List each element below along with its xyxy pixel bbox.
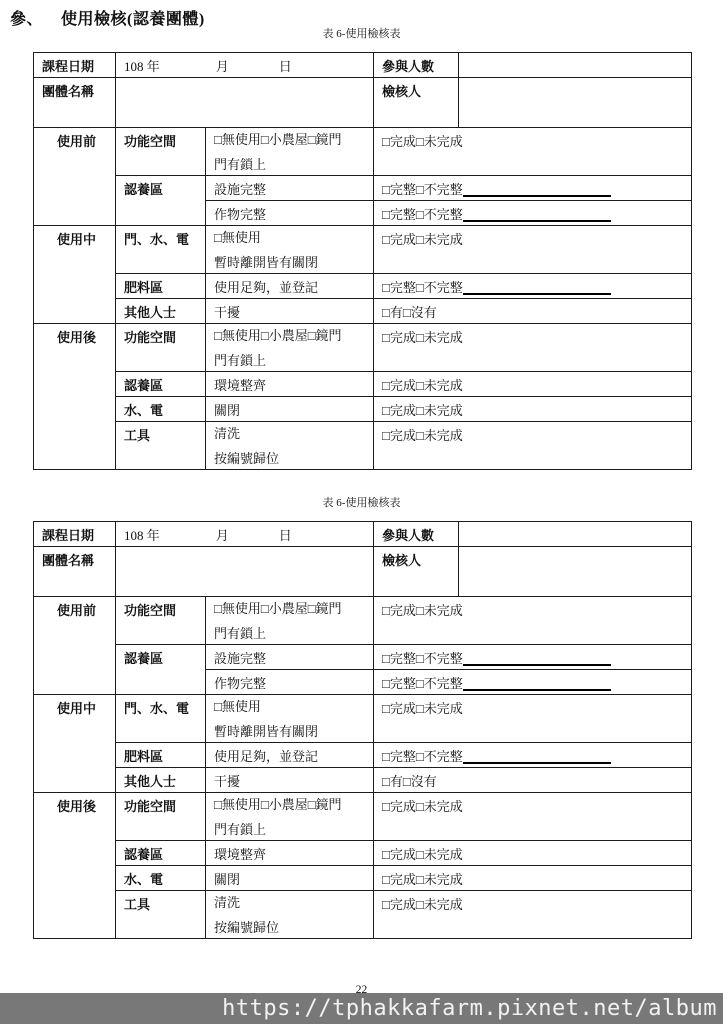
label-participants: 參與人數 xyxy=(374,53,459,78)
status-options: □完整□不完整 xyxy=(382,749,463,764)
group-name-value-cell xyxy=(116,547,374,597)
label-checker: 檢核人 xyxy=(374,78,459,128)
desc-line-1: □無使用□小農屋□鏡門 xyxy=(214,600,369,617)
desc-cell: □無使用□小農屋□鏡門門有鎖上 xyxy=(206,128,374,176)
status-cell: □有□沒有 xyxy=(374,768,692,793)
desc-line-2: 門有鎖上 xyxy=(214,352,369,369)
status-options: □完整□不完整 xyxy=(382,651,463,666)
fill-in-blank-line xyxy=(463,650,611,666)
desc-cell: 設施完整 xyxy=(206,645,374,670)
desc-line-2: 門有鎖上 xyxy=(214,156,369,173)
status-options: □完成□未完成 xyxy=(382,701,463,716)
desc-cell: 使用足夠，並登記 xyxy=(206,743,374,768)
desc-cell: □無使用□小農屋□鏡門門有鎖上 xyxy=(206,793,374,841)
participants-value-cell xyxy=(459,53,692,78)
use-check-table-1: 課程日期 108 年月日 參與人數 團體名稱 檢核人 使用前 功能空間 □無使用… xyxy=(33,52,692,470)
stage-before-use: 使用前 xyxy=(34,597,116,695)
status-options: □完成□未完成 xyxy=(382,897,463,912)
status-options: □有□沒有 xyxy=(382,305,437,320)
status-cell: □完成□未完成 xyxy=(374,695,692,743)
desc-line-1: □無使用□小農屋□鏡門 xyxy=(214,327,369,344)
status-options: □完成□未完成 xyxy=(382,428,463,443)
desc-line-2: 按編號歸位 xyxy=(214,919,369,936)
desc-cell: 使用足夠，並登記 xyxy=(206,274,374,299)
desc-cell: 關閉 xyxy=(206,397,374,422)
desc-line-1: □無使用□小農屋□鏡門 xyxy=(214,131,369,148)
item-cell: 肥料區 xyxy=(116,743,206,768)
status-options: □完成□未完成 xyxy=(382,799,463,814)
item-cell: 工具 xyxy=(116,422,206,470)
item-cell: 功能空間 xyxy=(116,128,206,176)
desc-line-1: □無使用□小農屋□鏡門 xyxy=(214,796,369,813)
item-cell: 其他人士 xyxy=(116,299,206,324)
stage-after-use: 使用後 xyxy=(34,324,116,470)
status-options: □完整□不完整 xyxy=(382,207,463,222)
watermark-url: https://tphakkafarm.pixnet.net/album xyxy=(0,993,717,1024)
status-cell: □完成□未完成 xyxy=(374,397,692,422)
status-options: □完成□未完成 xyxy=(382,134,463,149)
status-cell: □有□沒有 xyxy=(374,299,692,324)
desc-line-1: 清洗 xyxy=(214,894,369,911)
group-name-value-cell xyxy=(116,78,374,128)
item-cell: 認養區 xyxy=(116,645,206,695)
status-cell: □完成□未完成 xyxy=(374,793,692,841)
item-cell: 水、電 xyxy=(116,397,206,422)
date-year: 108 年 xyxy=(124,59,160,74)
desc-cell: 設施完整 xyxy=(206,176,374,201)
status-cell: □完整□不完整 xyxy=(374,176,692,201)
desc-cell: 干擾 xyxy=(206,768,374,793)
desc-cell: 環境整齊 xyxy=(206,372,374,397)
course-date-cell: 108 年月日 xyxy=(116,522,374,547)
checker-value-cell xyxy=(459,547,692,597)
item-cell: 功能空間 xyxy=(116,597,206,645)
course-date-cell: 108 年月日 xyxy=(116,53,374,78)
status-options: □完整□不完整 xyxy=(382,280,463,295)
status-options: □有□沒有 xyxy=(382,774,437,789)
date-year: 108 年 xyxy=(124,528,160,543)
fill-in-blank-line xyxy=(463,675,611,691)
label-course-date: 課程日期 xyxy=(34,53,116,78)
desc-line-2: 暫時離開皆有關閉 xyxy=(214,254,369,271)
status-cell: □完成□未完成 xyxy=(374,226,692,274)
use-check-table-2: 課程日期 108 年月日 參與人數 團體名稱 檢核人 使用前 功能空間 □無使用… xyxy=(33,521,692,939)
desc-cell: 作物完整 xyxy=(206,201,374,226)
label-group-name: 團體名稱 xyxy=(34,547,116,597)
status-cell: □完成□未完成 xyxy=(374,422,692,470)
date-month: 月 xyxy=(216,528,229,543)
status-cell: □完整□不完整 xyxy=(374,201,692,226)
stage-before-use: 使用前 xyxy=(34,128,116,226)
desc-line-1: 清洗 xyxy=(214,425,369,442)
fill-in-blank-line xyxy=(463,279,611,295)
status-cell: □完成□未完成 xyxy=(374,597,692,645)
participants-value-cell xyxy=(459,522,692,547)
item-cell: 肥料區 xyxy=(116,274,206,299)
item-cell: 功能空間 xyxy=(116,324,206,372)
desc-cell: □無使用暫時離開皆有關閉 xyxy=(206,695,374,743)
fill-in-blank-line xyxy=(463,748,611,764)
desc-line-1: □無使用 xyxy=(214,698,369,715)
desc-line-2: 門有鎖上 xyxy=(214,625,369,642)
desc-cell: 作物完整 xyxy=(206,670,374,695)
status-options: □完成□未完成 xyxy=(382,847,463,862)
status-options: □完整□不完整 xyxy=(382,676,463,691)
item-cell: 認養區 xyxy=(116,176,206,226)
fill-in-blank-line xyxy=(463,181,611,197)
desc-line-1: □無使用 xyxy=(214,229,369,246)
desc-cell: 關閉 xyxy=(206,866,374,891)
item-cell: 水、電 xyxy=(116,866,206,891)
item-cell: 其他人士 xyxy=(116,768,206,793)
watermark-bar: https://tphakkafarm.pixnet.net/album xyxy=(0,993,723,1024)
status-cell: □完成□未完成 xyxy=(374,891,692,939)
status-cell: □完整□不完整 xyxy=(374,645,692,670)
status-cell: □完成□未完成 xyxy=(374,324,692,372)
status-options: □完整□不完整 xyxy=(382,182,463,197)
item-cell: 門、水、電 xyxy=(116,695,206,743)
status-cell: □完整□不完整 xyxy=(374,274,692,299)
desc-cell: 清洗按編號歸位 xyxy=(206,422,374,470)
item-cell: 工具 xyxy=(116,891,206,939)
desc-line-2: 門有鎖上 xyxy=(214,821,369,838)
table-caption-1: 表 6-使用檢核表 xyxy=(0,25,723,41)
date-day: 日 xyxy=(279,528,292,543)
stage-after-use: 使用後 xyxy=(34,793,116,939)
status-options: □完成□未完成 xyxy=(382,872,463,887)
fill-in-blank-line xyxy=(463,206,611,222)
status-cell: □完成□未完成 xyxy=(374,372,692,397)
status-cell: □完整□不完整 xyxy=(374,743,692,768)
label-participants: 參與人數 xyxy=(374,522,459,547)
label-course-date: 課程日期 xyxy=(34,522,116,547)
status-cell: □完成□未完成 xyxy=(374,866,692,891)
page-number: 22 xyxy=(0,984,723,996)
desc-cell: 環境整齊 xyxy=(206,841,374,866)
item-cell: 門、水、電 xyxy=(116,226,206,274)
item-cell: 認養區 xyxy=(116,841,206,866)
status-options: □完成□未完成 xyxy=(382,232,463,247)
status-cell: □完成□未完成 xyxy=(374,841,692,866)
status-options: □完成□未完成 xyxy=(382,330,463,345)
desc-line-2: 暫時離開皆有關閉 xyxy=(214,723,369,740)
stage-during-use: 使用中 xyxy=(34,695,116,793)
checker-value-cell xyxy=(459,78,692,128)
status-options: □完成□未完成 xyxy=(382,603,463,618)
status-cell: □完整□不完整 xyxy=(374,670,692,695)
item-cell: 認養區 xyxy=(116,372,206,397)
desc-line-2: 按編號歸位 xyxy=(214,450,369,467)
status-cell: □完成□未完成 xyxy=(374,128,692,176)
status-options: □完成□未完成 xyxy=(382,378,463,393)
desc-cell: □無使用□小農屋□鏡門門有鎖上 xyxy=(206,597,374,645)
desc-cell: 干擾 xyxy=(206,299,374,324)
date-day: 日 xyxy=(279,59,292,74)
date-month: 月 xyxy=(216,59,229,74)
label-checker: 檢核人 xyxy=(374,547,459,597)
item-cell: 功能空間 xyxy=(116,793,206,841)
stage-during-use: 使用中 xyxy=(34,226,116,324)
label-group-name: 團體名稱 xyxy=(34,78,116,128)
desc-cell: □無使用暫時離開皆有關閉 xyxy=(206,226,374,274)
document-page: 參、使用檢核(認養團體) 表 6-使用檢核表 課程日期 108 年月日 參與人數… xyxy=(0,0,723,1024)
desc-cell: □無使用□小農屋□鏡門門有鎖上 xyxy=(206,324,374,372)
table-caption-2: 表 6-使用檢核表 xyxy=(0,494,723,510)
status-options: □完成□未完成 xyxy=(382,403,463,418)
desc-cell: 清洗按編號歸位 xyxy=(206,891,374,939)
